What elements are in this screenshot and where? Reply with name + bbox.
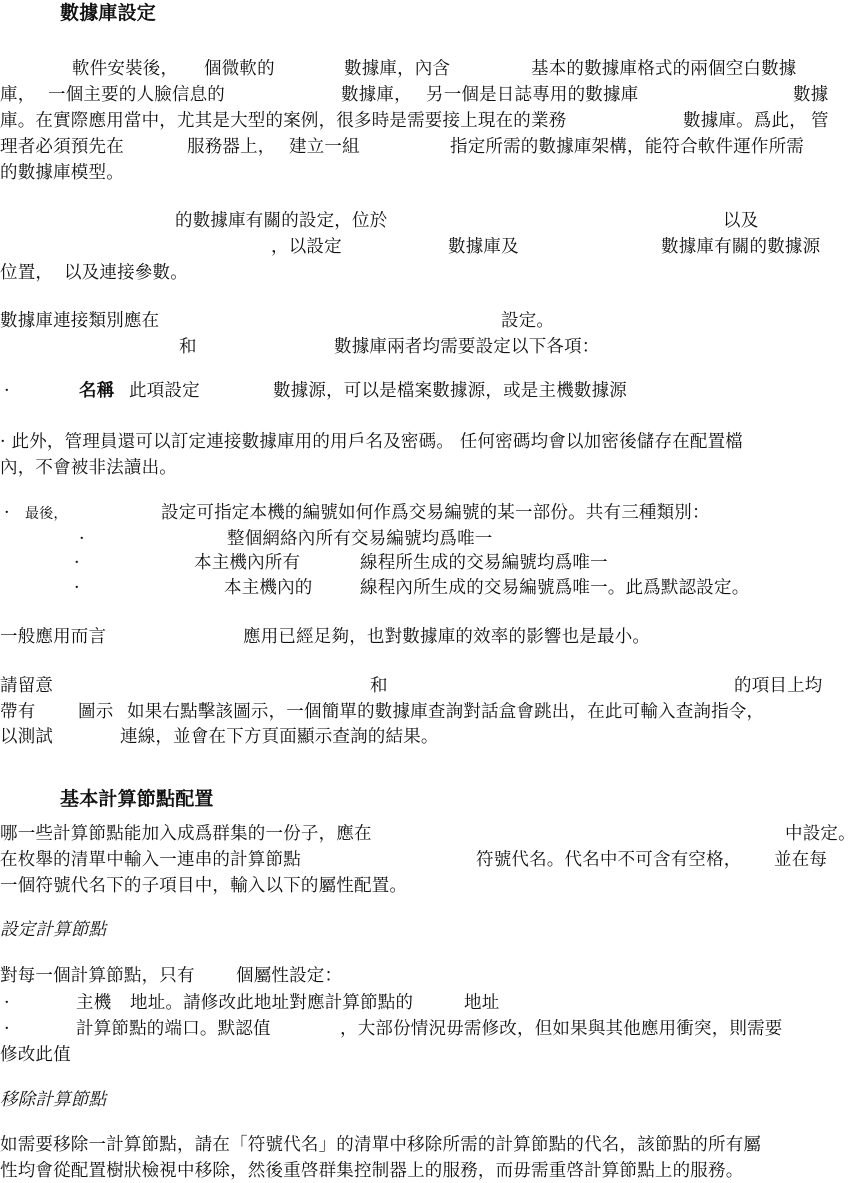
text-run: 以測試 [0,727,53,747]
text-run: 性均會從配置樹狀檢視中移除，然後重啓群集控制器上的服務，而毋需重啓計算節點上的服… [0,1161,743,1181]
text-run: 地址 [464,993,499,1013]
list-item: 整個網絡內所有交易編號均爲唯一 [227,529,493,549]
text-run: 和 [370,676,388,696]
text-run: 理者必須預先在 [0,137,124,157]
list-item: 線程所生成的交易編號均爲唯一 [360,553,608,573]
text-run: 內，不會被非法讀出。 [0,458,177,478]
text-run: 一個主要的人臉信息的 [48,85,225,105]
subsection-title-set-node: 設定計算節點 [0,920,106,940]
subsection-title-remove-node: 移除計算節點 [0,1090,106,1110]
bold-label: 名稱 [79,381,114,401]
text-run: 位置， [0,263,53,283]
text-run: 以及連接參數。 [64,263,188,283]
text-run: 地址。請修改此地址對應計算節點的 [130,993,413,1013]
bullet-dot: · [4,993,10,1013]
text-run: 符號代名。代名中不可含有空格， [476,850,742,870]
text-run: 哪一些計算節點能加入成爲群集的一份子，應在 [0,824,372,844]
text-run: · 此外，管理員還可以訂定連接數據庫用的用戶名及密碼。 任何密碼均會以加密後儲存… [0,432,743,452]
text-run: 個微軟的 [204,59,275,79]
section-title-basic-node-config: 基本計算節點配置 [60,789,214,809]
list-item: 本主機內的 [224,578,313,598]
list-item: 本主機內所有 [194,553,300,573]
bullet-dot: · [4,503,10,523]
text-run: 數據庫及 [448,237,519,257]
text-run: 指定所需的數據庫架構，能符合軟件運作所需 [450,137,804,157]
text-run: 以及 [723,211,758,231]
bullet-dot: · [4,381,10,401]
bullet-dot: · [74,578,80,598]
text-run: 的項目上均 [734,676,823,696]
text-run: 另一個是日誌專用的數據庫 [426,85,638,105]
text-run: 帶有 [0,702,35,722]
text-run: 的數據庫模型。 [0,163,124,183]
text-run: 庫。在實際應用當中，尤其是大型的案例，很多時是需要接上現在的業務 [0,111,566,131]
text-run: 連線，並會在下方頁面顯示查詢的結果。 [120,727,439,747]
text-run: 數據庫有關的數據源 [661,237,820,257]
text-run: 數據庫，內含 [344,59,450,79]
text-run: 中設定。 [785,824,853,844]
text-run: ，大部份情況毋需修改，但如果與其他應用衝突，則需要 [340,1019,783,1039]
text-run: 建立一組 [289,137,360,157]
text-run: 此項設定 [129,381,200,401]
text-run: 如需要移除一計算節點，請在「符號代名」的清單中移除所需的計算節點的代名，該節點的… [0,1135,761,1155]
text-run: 軟件安裝後， [72,59,178,79]
section-title-database-settings: 數據庫設定 [60,3,156,23]
text-run: 數據源，可以是檔案數據源，或是主機數據源 [273,381,627,401]
text-run: 圖示 [78,702,113,722]
text-run: 如果右點擊該圖示，一個簡單的數據庫查詢對話盒會跳出，在此可輸入查詢指令， [127,702,764,722]
text-run: 的數據庫有關的設定，位於 [175,211,387,231]
text-run: 計算節點的端口。默認值 [76,1019,271,1039]
text-run: 數據庫兩者均需要設定以下各項： [334,337,600,357]
text-run: 在枚舉的清單中輸入一連串的計算節點 [0,850,301,870]
text-run: 數據庫。爲此， [683,111,807,131]
text-run: 基本的數據庫格式的兩個空白數據 [531,59,797,79]
text-run: 主機 [76,993,111,1013]
text-run: 設定可指定本機的編號如何作爲交易編號的某一部份。共有三種類別： [161,503,710,523]
bullet-dot: · [4,1019,10,1039]
bullet-dot: · [74,553,80,573]
text-run: 庫， [0,85,35,105]
text-run: 一般應用而言 [0,627,106,647]
text-run: 數據 [793,85,828,105]
list-item: 線程內所生成的交易編號爲唯一。此爲默認設定。 [360,578,749,598]
text-run: 最後， [25,504,68,524]
text-run: 數據庫， [341,85,412,105]
text-run: 和 [179,337,197,357]
text-run: 請留意 [0,676,53,696]
text-run: ，以設定 [271,237,342,257]
text-run: 數據庫連接類別應在 [0,311,159,331]
text-run: 個屬性設定： [236,966,342,986]
text-run: 一個符號代名下的子項目中，輸入以下的屬性配置。 [0,876,407,896]
text-run: 修改此值 [0,1045,71,1065]
text-run: 應用已經足夠，也對數據庫的效率的影響也是最小。 [243,627,650,647]
text-run: 服務器上， [187,137,276,157]
text-run: 並在每 [774,850,827,870]
text-run: 設定。 [501,311,554,331]
text-run: 對每一個計算節點，只有 [0,966,195,986]
text-run: 管 [811,111,829,131]
bullet-dot: · [79,529,85,549]
